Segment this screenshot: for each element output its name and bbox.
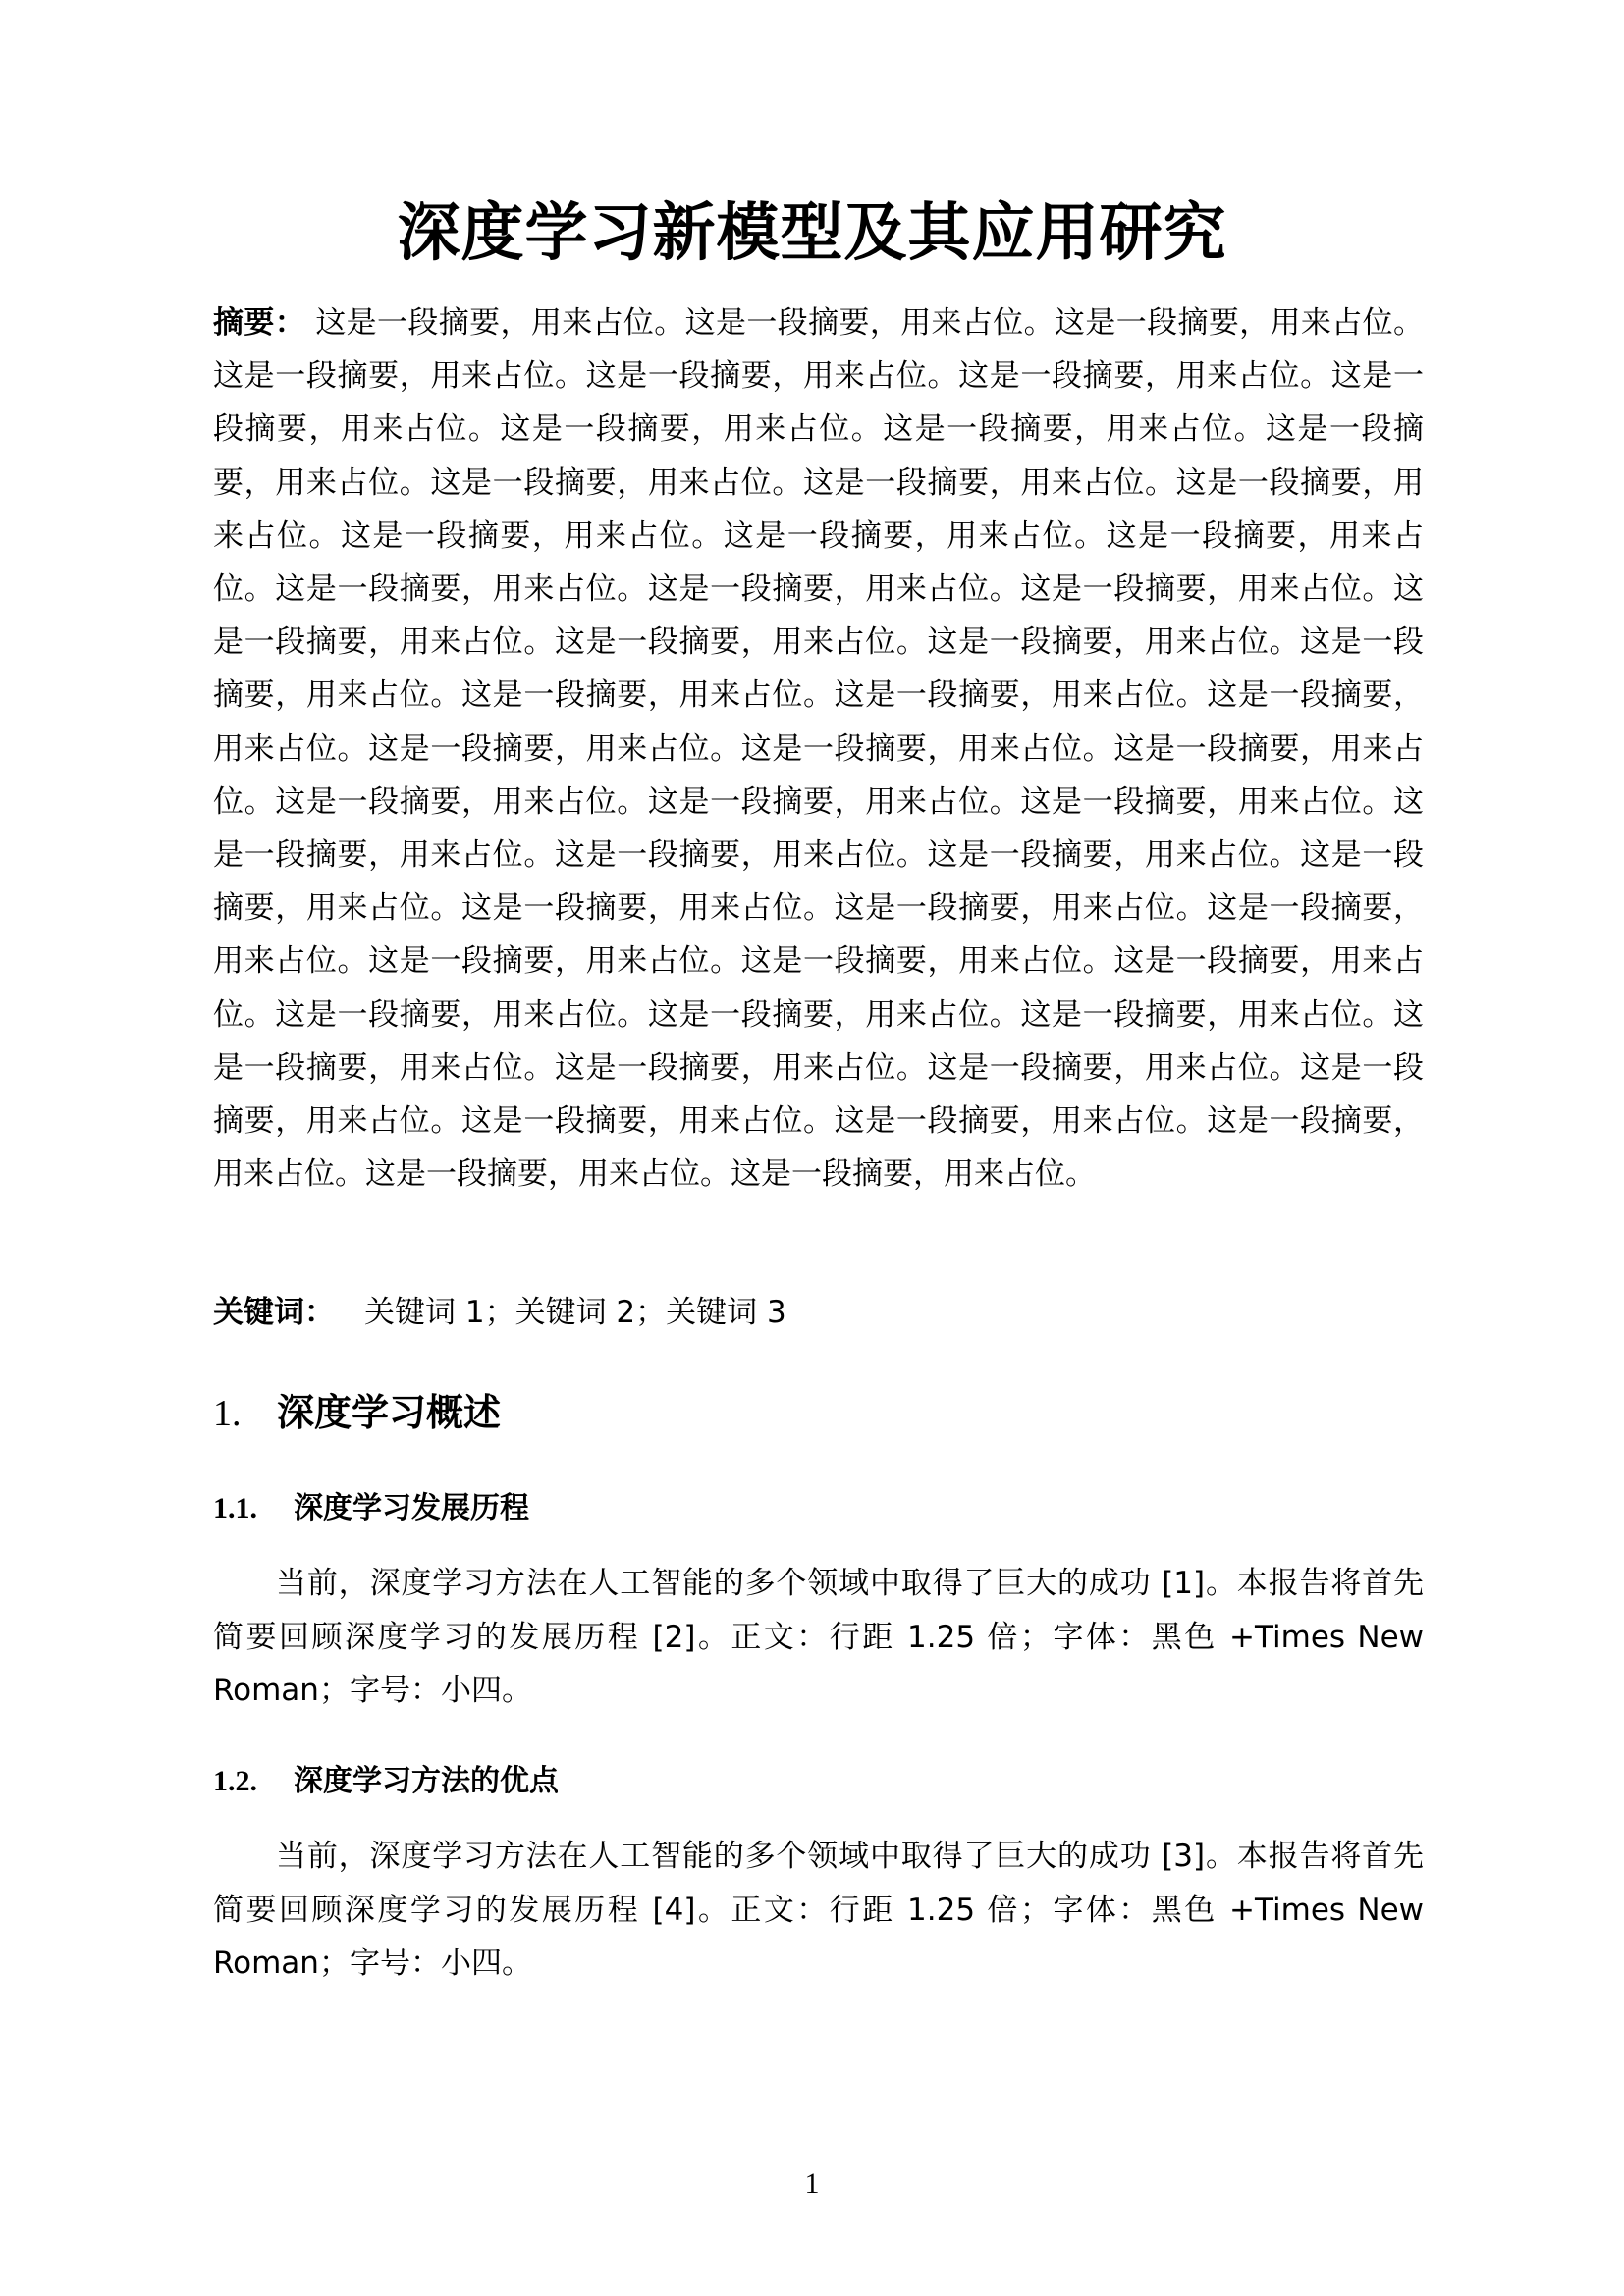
abstract-text: 这是一段摘要，用来占位。这是一段摘要，用来占位。这是一段摘要，用来占位。这是一段…	[213, 305, 1424, 1192]
body-paragraph: 当前，深度学习方法在人工智能的多个领域中取得了巨大的成功 [3]。本报告将首先简…	[213, 1830, 1424, 1991]
subsection-number: 1.1.	[213, 1484, 294, 1533]
keywords-label: 关键词：	[213, 1295, 335, 1330]
keywords: 关键词：关键词 1；关键词 2；关键词 3	[213, 1286, 1424, 1339]
body-paragraph: 当前，深度学习方法在人工智能的多个领域中取得了巨大的成功 [1]。本报告将首先简…	[213, 1557, 1424, 1718]
page-number: 1	[0, 2167, 1624, 2201]
section-number: 1.	[213, 1387, 277, 1440]
subsection-title: 深度学习方法的优点	[294, 1764, 559, 1798]
subsection-heading-1-1: 1.1.深度学习发展历程	[213, 1484, 529, 1533]
subsection-heading-1-2: 1.2.深度学习方法的优点	[213, 1757, 559, 1806]
section-title: 深度学习概述	[277, 1391, 501, 1434]
keywords-value: 关键词 1；关键词 2；关键词 3	[364, 1295, 786, 1330]
subsection-title: 深度学习发展历程	[294, 1491, 529, 1525]
paper-title: 深度学习新模型及其应用研究	[0, 183, 1624, 273]
subsection-number: 1.2.	[213, 1757, 294, 1806]
document-page: 深度学习新模型及其应用研究 摘要： 这是一段摘要，用来占位。这是一段摘要，用来占…	[0, 0, 1624, 2296]
abstract-label: 摘要：	[213, 305, 305, 341]
abstract: 摘要： 这是一段摘要，用来占位。这是一段摘要，用来占位。这是一段摘要，用来占位。…	[213, 296, 1424, 1201]
section-heading-1: 1.深度学习概述	[213, 1386, 501, 1440]
